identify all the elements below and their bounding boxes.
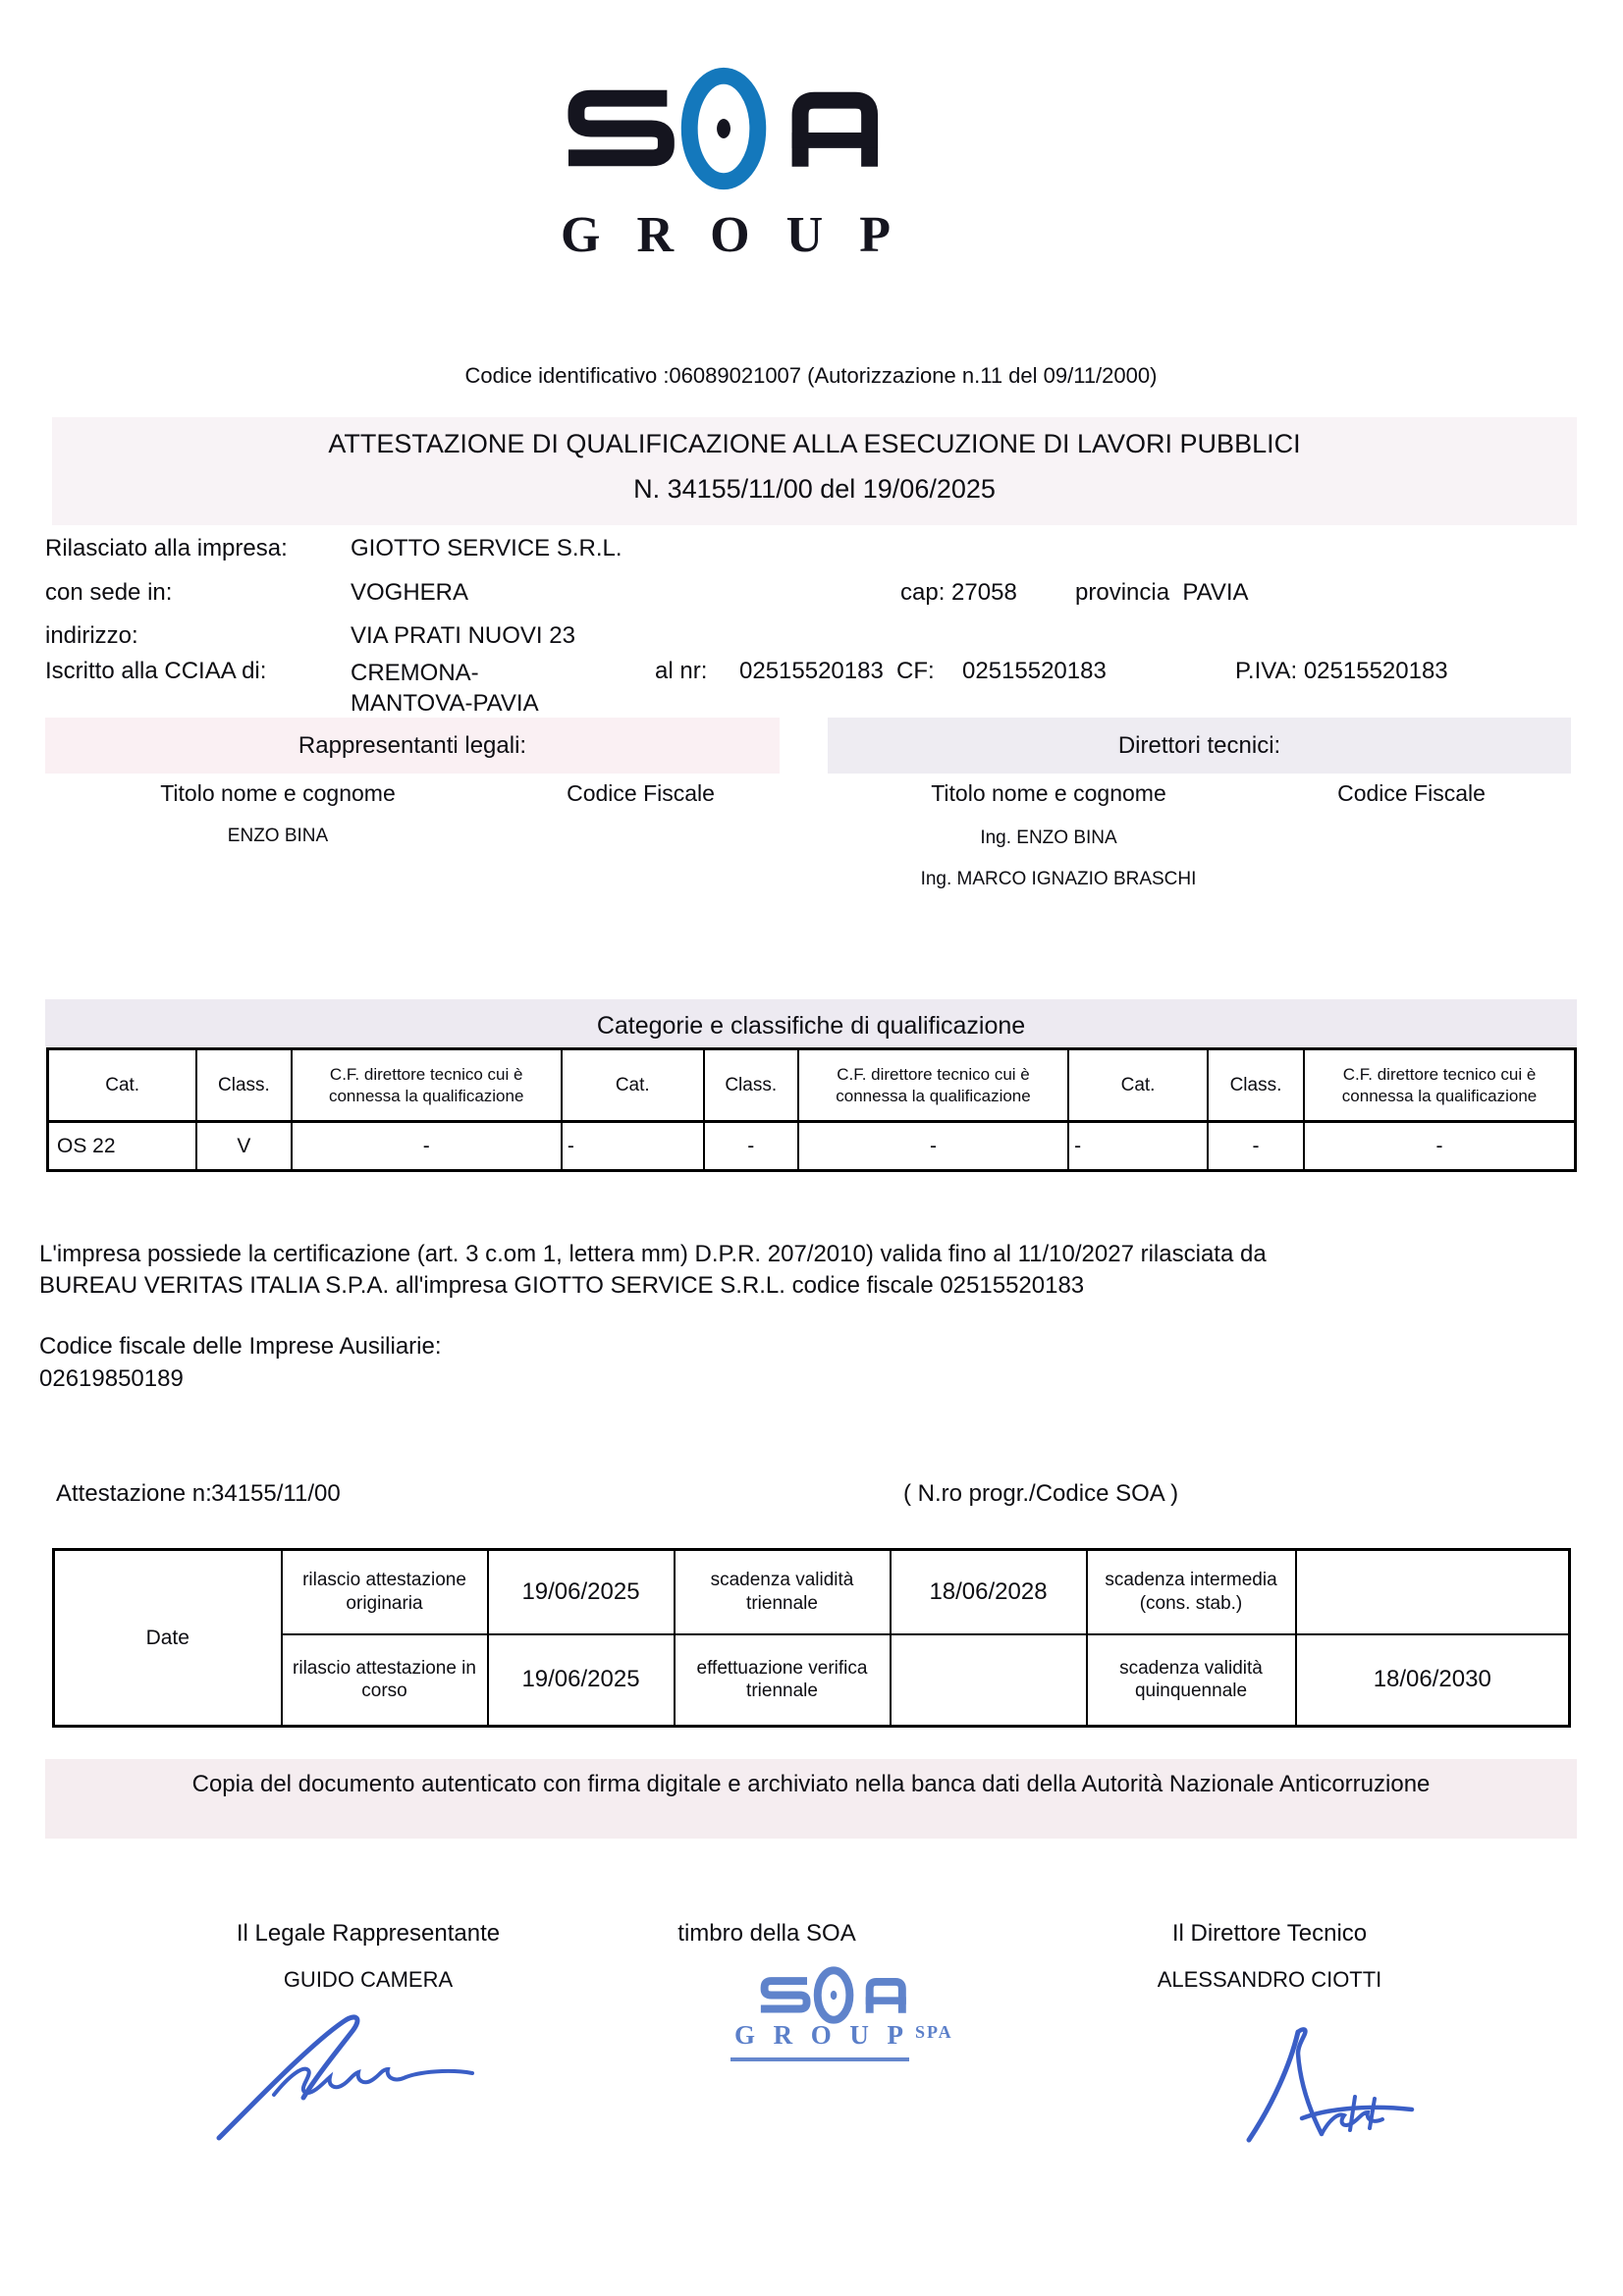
direttori-band: Direttori tecnici: xyxy=(828,718,1571,774)
date-rowheader: Date xyxy=(54,1550,282,1727)
verifica-triennale-date xyxy=(891,1634,1087,1727)
alnr-label: al nr: xyxy=(655,658,707,685)
rilascio-in-corso-label: rilascio attestazione in corso xyxy=(282,1634,488,1727)
provincia-value: PAVIA xyxy=(1182,579,1248,606)
rappresentanti-col-cf: Codice Fiscale xyxy=(520,780,761,807)
legale-rappresentante-title: Il Legale Rappresentante xyxy=(172,1920,565,1948)
cf-value: 02515520183 xyxy=(962,658,1107,685)
attestazione-value: 34155/11/00 xyxy=(211,1480,341,1508)
class-header: Class. xyxy=(196,1049,291,1122)
cf-direttore-header: C.F. direttore tecnico cui è connessa la… xyxy=(798,1049,1068,1122)
soa-logo xyxy=(565,63,887,194)
classifica-cell: - xyxy=(1208,1122,1304,1171)
cciaa-value: CREMONA-MANTOVA-PAVIA xyxy=(351,658,565,719)
codice-identificativo-line: Codice identificativo :06089021007 (Auto… xyxy=(45,363,1577,389)
piva-label: P.IVA: xyxy=(1235,658,1297,684)
logo-group-text: GROUP xyxy=(561,206,891,264)
logo-letter-s xyxy=(568,98,667,158)
ausiliarie-value: 02619850189 xyxy=(39,1365,184,1393)
piva-value: 02515520183 xyxy=(1304,658,1448,684)
rappresentanti-col-nome: Titolo nome e cognome xyxy=(104,780,452,807)
scadenza-triennale-date: 18/06/2028 xyxy=(891,1550,1087,1634)
cf-cell: - xyxy=(292,1122,562,1171)
classifica-cell: - xyxy=(704,1122,798,1171)
scadenza-triennale-label: scadenza validità triennale xyxy=(675,1550,891,1634)
cciaa-label: Iscritto alla CCIAA di: xyxy=(45,658,266,685)
stamp-spa-text: SPA xyxy=(915,2022,953,2043)
anticorruzione-notice: Copia del documento autenticato con firm… xyxy=(45,1771,1577,1798)
date-row-2: rilascio attestazione in corso 19/06/202… xyxy=(54,1634,1570,1727)
cap-label: cap: xyxy=(900,579,945,606)
document-page: GROUP Codice identificativo :06089021007… xyxy=(0,0,1623,2296)
categoria-cell: - xyxy=(1068,1122,1208,1171)
sede-label: con sede in: xyxy=(45,579,172,607)
categorie-header-row: Cat. Class. C.F. direttore tecnico cui è… xyxy=(48,1049,1576,1122)
rilasciato-label: Rilasciato alla impresa: xyxy=(45,535,288,562)
categorie-title: Categorie e classifiche di qualificazion… xyxy=(45,1012,1577,1041)
cf-direttore-header: C.F. direttore tecnico cui è connessa la… xyxy=(1304,1049,1575,1122)
rilascio-originaria-label: rilascio attestazione originaria xyxy=(282,1550,488,1634)
sede-value: VOGHERA xyxy=(351,579,468,607)
cf-cell: - xyxy=(1304,1122,1575,1171)
indirizzo-value: VIA PRATI NUOVI 23 xyxy=(351,622,575,650)
legale-signature xyxy=(211,2010,486,2143)
attestazione-number: N. 34155/11/00 del 19/06/2025 xyxy=(52,474,1577,505)
rilascio-originaria-date: 19/06/2025 xyxy=(488,1550,675,1634)
attestazione-title: ATTESTAZIONE DI QUALIFICAZIONE ALLA ESEC… xyxy=(52,429,1577,459)
rappresentanti-title: Rappresentanti legali: xyxy=(45,718,780,760)
legale-rappresentante-name: GUIDO CAMERA xyxy=(172,1967,565,1993)
cat-header: Cat. xyxy=(1068,1049,1208,1122)
cf-direttore-header: C.F. direttore tecnico cui è connessa la… xyxy=(292,1049,562,1122)
rappresentanti-band: Rappresentanti legali: xyxy=(45,718,780,774)
direttori-col-nome: Titolo nome e cognome xyxy=(875,780,1222,807)
rilasciato-value: GIOTTO SERVICE S.R.L. xyxy=(351,535,622,562)
timbro-title: timbro della SOA xyxy=(570,1920,963,1948)
stamp-o-dot xyxy=(831,1991,838,2000)
categorie-data-row: OS 22 V - - - - - - - xyxy=(48,1122,1576,1171)
scadenza-quinquennale-label: scadenza validità quinquennale xyxy=(1087,1634,1296,1727)
cap-field: cap: 27058 xyxy=(900,579,1017,607)
direttore-tecnico-title: Il Direttore Tecnico xyxy=(1073,1920,1466,1948)
stamp-underline xyxy=(730,2057,909,2061)
categoria-cell: OS 22 xyxy=(48,1122,197,1171)
direttori-col-cf: Codice Fiscale xyxy=(1291,780,1532,807)
cf-label: CF: xyxy=(896,658,935,685)
rappresentante-row: ENZO BINA xyxy=(104,826,452,847)
categoria-cell: - xyxy=(562,1122,704,1171)
direttore-row: Ing. ENZO BINA xyxy=(875,828,1222,849)
piva-field: P.IVA: 02515520183 xyxy=(1235,658,1448,685)
date-row-1: Date rilascio attestazione originaria 19… xyxy=(54,1550,1570,1634)
provincia-field: provincia PAVIA xyxy=(1075,579,1249,607)
alnr-value: 02515520183 xyxy=(739,658,884,685)
verifica-triennale-label: effettuazione verifica triennale xyxy=(675,1634,891,1727)
cat-header: Cat. xyxy=(562,1049,704,1122)
soa-stamp-logo xyxy=(759,1965,910,2025)
rilascio-in-corso-date: 19/06/2025 xyxy=(488,1634,675,1727)
cat-header: Cat. xyxy=(48,1049,197,1122)
class-header: Class. xyxy=(704,1049,798,1122)
date-table: Date rilascio attestazione originaria 19… xyxy=(52,1548,1571,1728)
stamp-group-text: GROUP xyxy=(734,2020,903,2051)
certificazione-paragraph: L'impresa possiede la certificazione (ar… xyxy=(39,1239,1542,1302)
scadenza-intermedia-date xyxy=(1296,1550,1570,1634)
certificazione-line: BUREAU VERITAS ITALIA S.P.A. all'impresa… xyxy=(39,1270,1542,1302)
direttore-row: Ing. MARCO IGNAZIO BRASCHI xyxy=(875,869,1242,890)
stamp-letter-s xyxy=(761,1981,807,2008)
scadenza-quinquennale-date: 18/06/2030 xyxy=(1296,1634,1570,1727)
indirizzo-label: indirizzo: xyxy=(45,622,138,650)
provincia-label: provincia xyxy=(1075,579,1169,606)
scadenza-intermedia-label: scadenza intermedia (cons. stab.) xyxy=(1087,1550,1296,1634)
class-header: Class. xyxy=(1208,1049,1304,1122)
attestazione-label: Attestazione n: xyxy=(56,1480,212,1508)
logo-o-dot xyxy=(717,119,730,138)
ausiliarie-label: Codice fiscale delle Imprese Ausiliarie: xyxy=(39,1333,442,1361)
categorie-table: Cat. Class. C.F. direttore tecnico cui è… xyxy=(46,1047,1577,1172)
direttore-tecnico-name: ALESSANDRO CIOTTI xyxy=(1073,1967,1466,1993)
certificazione-line: L'impresa possiede la certificazione (ar… xyxy=(39,1239,1542,1270)
cf-cell: - xyxy=(798,1122,1068,1171)
cap-value: 27058 xyxy=(951,579,1017,606)
classifica-cell: V xyxy=(196,1122,291,1171)
codice-soa-label: ( N.ro progr./Codice SOA ) xyxy=(903,1480,1178,1508)
direttori-title: Direttori tecnici: xyxy=(828,718,1571,760)
direttore-signature xyxy=(1188,2022,1419,2150)
